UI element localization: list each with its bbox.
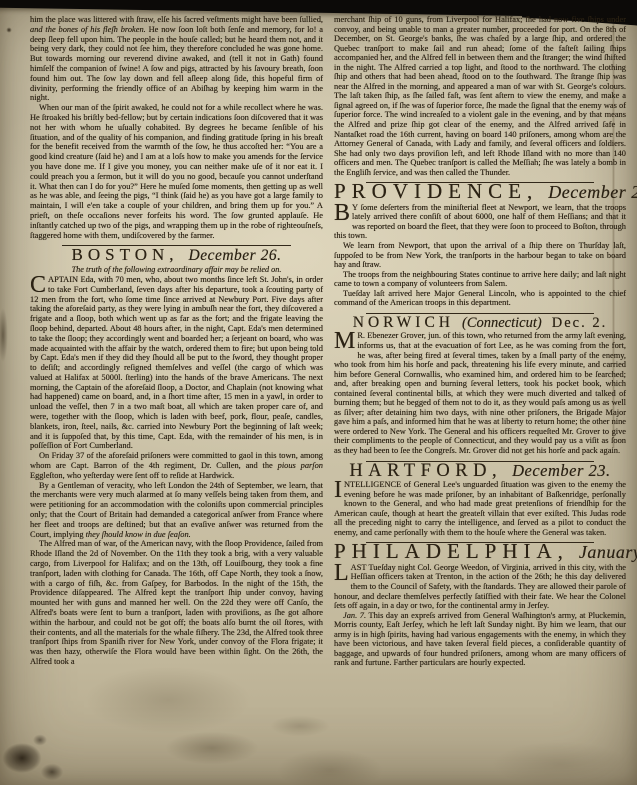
dropcap-letter: I bbox=[334, 480, 344, 500]
body-text: When our man of the ſpirit awaked, he co… bbox=[30, 103, 323, 239]
body-text: APTAIN Eda, with 70 men, who, about two … bbox=[30, 275, 323, 451]
dateline-providence: PROVIDENCE,December 21. bbox=[334, 182, 626, 201]
body-text: Y ſome deſerters from the miniſterial fl… bbox=[334, 203, 626, 241]
body-text: R. Ebenezer Grover, jun. of this town, w… bbox=[334, 331, 626, 455]
paragraph-prisoners: On Friday 37 of the aforeſaid priſoners … bbox=[30, 451, 323, 480]
dropcap-letter: C bbox=[30, 275, 48, 295]
dateline-date: January 4. bbox=[579, 542, 637, 562]
body-text: him the place was littered with ſtraw, e… bbox=[30, 15, 323, 24]
dateline-text: HARTFORD,December 23. bbox=[334, 466, 626, 479]
dateline-date: December 26. bbox=[189, 247, 282, 264]
dateline-date: December 23. bbox=[512, 461, 611, 480]
dateline-date: December 21. bbox=[548, 182, 637, 202]
body-text: This day an expreſs arrived from General… bbox=[334, 611, 626, 668]
dateline-city: PHILADELPHIA, bbox=[334, 539, 569, 563]
paragraph-troops: The troops from the neighbouring States … bbox=[334, 270, 626, 289]
dateline-city: PROVIDENCE, bbox=[334, 179, 538, 203]
body-text: We learn from Newport, that upon the arr… bbox=[334, 241, 626, 269]
dateline-mid: (Connecticut) bbox=[462, 315, 542, 331]
paragraph-weedon: LAST Tueſday night Col. George Weedon, o… bbox=[334, 563, 626, 611]
dateline-text: NORWICH(Connecticut)Dec. 2. bbox=[334, 318, 626, 330]
boston-subtitle: The truth of the following extraordinary… bbox=[30, 265, 323, 275]
dateline-text: PROVIDENCE,December 21. bbox=[334, 187, 626, 201]
paragraph-lincoln: Tueſday laſt arrived here Major General … bbox=[334, 289, 626, 308]
paragraph-washington: Jan. 7. This day an expreſs arrived from… bbox=[334, 611, 626, 668]
italic-text: and the bones of his fleſh broken. bbox=[30, 25, 146, 34]
paragraph-grover: MR. Ebenezer Grover, jun. of this town, … bbox=[334, 331, 626, 455]
body-text: NTELLIGENCE of General Lee's unguarded ſ… bbox=[334, 480, 626, 537]
paragraph-newport: We learn from Newport, that upon the arr… bbox=[334, 241, 626, 270]
paragraph-captain-eda: CAPTAIN Eda, with 70 men, who, about two… bbox=[30, 275, 323, 451]
dropcap-letter: M bbox=[334, 331, 357, 351]
body-text: AST Tueſday night Col. George Weedon, of… bbox=[334, 563, 626, 610]
dateline-date-roman: Dec. 2. bbox=[552, 315, 607, 331]
dateline-boston: BOSTON,December 26. bbox=[30, 245, 323, 263]
paragraph-deserters: BY ſome deſerters from the miniſterial f… bbox=[334, 203, 626, 241]
body-text: merchant ſhip of 10 guns, from Liverpool… bbox=[334, 15, 626, 177]
dateline-text: BOSTON,December 26. bbox=[30, 250, 323, 263]
dateline-city: HARTFORD, bbox=[349, 461, 502, 481]
body-text: Eggleſton, who yeſterday were ſent off t… bbox=[30, 471, 234, 480]
left-column: him the place was littered with ſtraw, e… bbox=[30, 15, 323, 667]
paragraph-lee: INTELLIGENCE of General Lee's unguarded … bbox=[334, 480, 626, 537]
italic-text: pious parſon bbox=[278, 461, 323, 470]
body-text: The Alfred man of war, of the American n… bbox=[30, 539, 323, 666]
italic-text: they ſhould know in due ſeaſon. bbox=[86, 530, 191, 539]
paragraph-alfred: The Alfred man of war, of the American n… bbox=[30, 539, 323, 666]
dateline-city: NORWICH bbox=[353, 314, 454, 331]
paragraph-london-news: By a Gentleman of veracity, who left Lon… bbox=[30, 481, 323, 540]
dateline-city: BOSTON, bbox=[72, 245, 179, 264]
body-text: The troops from the neighbouring States … bbox=[334, 270, 626, 289]
body-text: Tueſday laſt arrived here Major General … bbox=[334, 289, 626, 308]
right-column: merchant ſhip of 10 guns, from Liverpool… bbox=[334, 15, 626, 668]
paragraph-sow-story-2: When our man of the ſpirit awaked, he co… bbox=[30, 103, 323, 240]
dateline-text: PHILADELPHIA,January 4. bbox=[334, 547, 626, 561]
dateline-hartford: HARTFORD,December 23. bbox=[334, 461, 626, 479]
dateline-philadelphia: PHILADELPHIA,January 4. bbox=[334, 542, 626, 561]
dateline-norwich: NORWICH(Connecticut)Dec. 2. bbox=[334, 313, 626, 330]
dropcap-letter: L bbox=[334, 563, 351, 583]
paragraph-alfred-continued: merchant ſhip of 10 guns, from Liverpool… bbox=[334, 15, 626, 177]
body-text: He now ſoon loſt both ſenſe and memory, … bbox=[30, 25, 323, 103]
italic-text: Jan. 7. bbox=[343, 611, 366, 620]
dropcap-letter: B bbox=[334, 203, 352, 223]
paragraph-sow-story: him the place was littered with ſtraw, e… bbox=[30, 15, 323, 103]
